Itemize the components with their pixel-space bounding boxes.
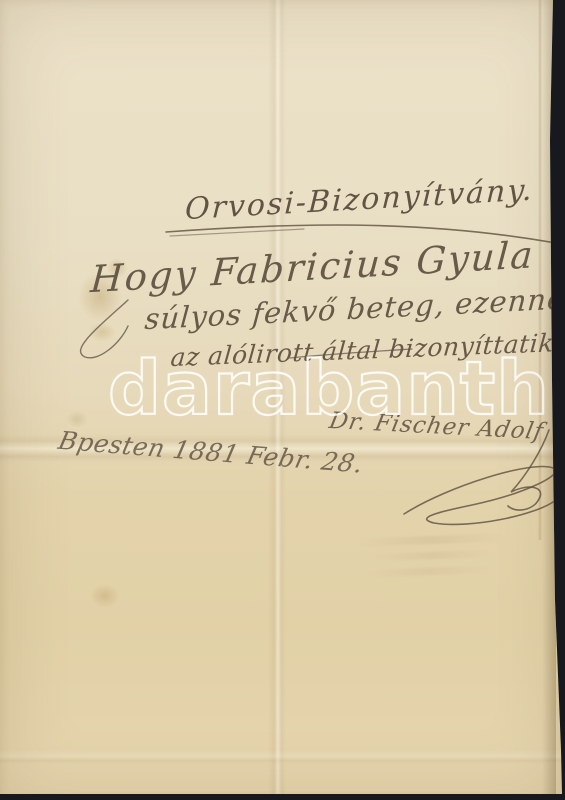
vertical-fold-crease — [268, 0, 286, 800]
ink-bleedthrough — [372, 550, 492, 561]
paper-sheet: Orvosi-Bizonyítvány. Hogy Fabricius Gyul… — [0, 0, 565, 800]
paper-stain — [88, 322, 116, 342]
right-edge-shadow — [542, 0, 556, 800]
ink-bleedthrough — [356, 533, 506, 546]
paper-stain — [90, 584, 120, 608]
signature-flourish-oval — [404, 467, 556, 525]
body-line-3: az alólirott által bizonyíttatik. — [170, 328, 564, 372]
paper-stain — [66, 410, 88, 428]
document-title: Orvosi-Bizonyítvány. — [184, 173, 534, 228]
hogy-flourish — [81, 300, 128, 358]
lower-fold-crease — [0, 750, 565, 764]
ink-bleedthrough — [364, 566, 494, 578]
scanned-photo: Orvosi-Bizonyítvány. Hogy Fabricius Gyul… — [0, 0, 565, 800]
